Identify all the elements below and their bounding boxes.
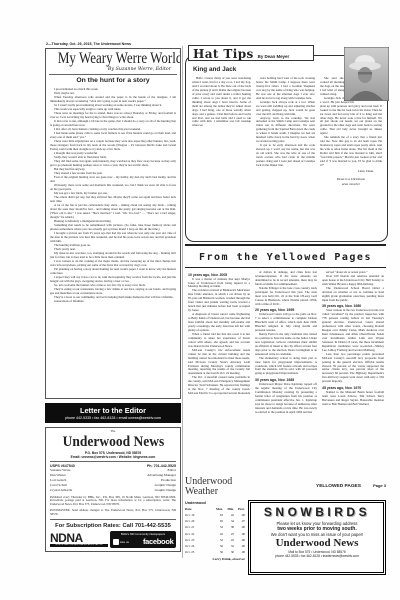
folio-line: 2—Thursday, Oct. 29, 2015, The Underwood… <box>46 42 131 46</box>
hat-tips-title: Hat Tips <box>193 47 254 61</box>
ndna-subtitle: NORTH DAKOTA NEWSPAPER ASSOCIATION <box>50 544 108 547</box>
hat-tips-author-credit: Dean is a Dickinson area rancher <box>320 177 382 186</box>
yellowed-pages-header: From the Yellowed Pages <box>185 244 386 268</box>
weary-body-text: I procrastinated too much this week.Well… <box>46 87 180 363</box>
ndna-logo: NDNA NORTH DAKOTA NEWSPAPER ASSOCIATION <box>50 532 108 547</box>
snowbirds-title: SNOWBIRDS <box>251 505 383 519</box>
snowbirds-ad-inner: SNOWBIRDS Please let us know your forwar… <box>250 502 384 573</box>
weather-section: Underwood Weather Underwood DateMax.Min.… <box>185 477 245 561</box>
letter-to-editor-title: Letter to the Editor <box>45 406 181 415</box>
left-column: My Weary Werre World By Suzanne Werre, E… <box>45 48 181 552</box>
subscription-line: For Subscription Rates: Call 701-442-553… <box>50 523 176 529</box>
yellowed-column-2: of dollars in damage, and cities have lo… <box>255 271 317 477</box>
weather-observer: Larry Dziuk, observer <box>185 557 245 561</box>
hat-tips-headline: King and Jack <box>193 66 236 73</box>
letter-to-editor-contact: phone 442-5335 • fax 462-8128 • email un… <box>45 416 181 420</box>
yellowed-column-3: served “about six or seven years.”Over 1… <box>322 271 384 480</box>
facebook-badge: BHG's ND Community Newspapers Like us fa… <box>110 531 176 548</box>
weather-rows: Oct. 196342.00Oct. 206534.07Oct. 215238.… <box>185 512 245 556</box>
yellowed-pages-title: From the Yellowed Pages <box>199 252 372 263</box>
masthead-nameplate: Underwood News <box>50 433 176 451</box>
hat-tips-signoff: Later, Dean. <box>320 169 382 173</box>
postmaster-info: POSTMASTER: Send address changes to The … <box>50 509 176 517</box>
like-us-label: Like us <box>113 539 129 545</box>
column-divider-rule <box>182 46 183 558</box>
masthead-email-web: Email: unnews@westriv.com • Website: bhg… <box>50 455 176 459</box>
masthead-name: Underwood News <box>62 435 164 450</box>
staff-list: Suzanne WerreEditorDan WinterAdvertising… <box>50 468 176 494</box>
snowbirds-contact-line: phone 442-5535 • fax 462-8128 • leaderne… <box>251 554 383 558</box>
facebook-badge-text: BHG's ND Community Newspapers <box>113 532 174 536</box>
jump-section-name: YELLOWED PAGES <box>316 484 361 489</box>
publish-info: Published every Thursday by BHG, Inc., P… <box>50 496 176 508</box>
like-us-text: Like us <box>120 540 129 544</box>
cowboy-portrait-photo <box>344 47 389 101</box>
facebook-wordmark: facebook <box>143 537 174 546</box>
yellowed-jump-line: YELLOWED PAGES Page 3 <box>316 483 386 489</box>
letter-to-editor-bar: Letter to the Editor phone 442-5335 • fa… <box>45 403 181 423</box>
hat-tips-column-1: Hello. I know many of you were wondering… <box>192 77 251 234</box>
rule <box>50 461 176 462</box>
newspaper-page: 2—Thursday, Oct. 29, 2015, The Underwood… <box>0 0 400 600</box>
weather-location-label: Underwood <box>185 501 245 505</box>
hat-tips-title-strip: Hat Tips By Dean Meyer <box>188 45 314 61</box>
weather-title: Underwood Weather <box>185 477 245 498</box>
masthead-box: The Underwood News P.O. Box 575, Underwo… <box>45 427 181 552</box>
thumbs-up-icon <box>113 539 119 545</box>
ndna-wordmark: NDNA <box>50 532 108 544</box>
weary-werre-article-box: My Weary Werre World By Suzanne Werre, E… <box>45 48 181 399</box>
rule <box>50 519 176 520</box>
weary-headline: On the hunt for a story <box>46 77 180 84</box>
snowbirds-line-3: We don't want you to miss an issue of yo… <box>251 532 383 537</box>
weather-table: DateMax.Min.Prec. Oct. 196342.00Oct. 206… <box>185 506 245 556</box>
hat-tips-byline: By Dean Meyer <box>258 54 289 59</box>
yellowed-column-1: 10 years ago, Nov. 2005It was a matter o… <box>188 271 250 477</box>
weary-masthead: My Weary Werre World <box>46 49 180 68</box>
facebook-badge-row: Like us facebook <box>113 537 174 546</box>
logo-row: NDNA NORTH DAKOTA NEWSPAPER ASSOCIATION … <box>50 531 176 548</box>
jump-page-number: Page 3 <box>373 483 386 488</box>
rule <box>49 74 177 75</box>
weary-masthead-title: My Weary Werre World <box>58 51 181 67</box>
snowbirds-brand: Underwood News <box>251 538 383 550</box>
hat-tips-column-2: were holding hard west of the rock cross… <box>256 77 315 234</box>
snowbirds-ad: SNOWBIRDS Please let us know your forwar… <box>248 500 386 575</box>
